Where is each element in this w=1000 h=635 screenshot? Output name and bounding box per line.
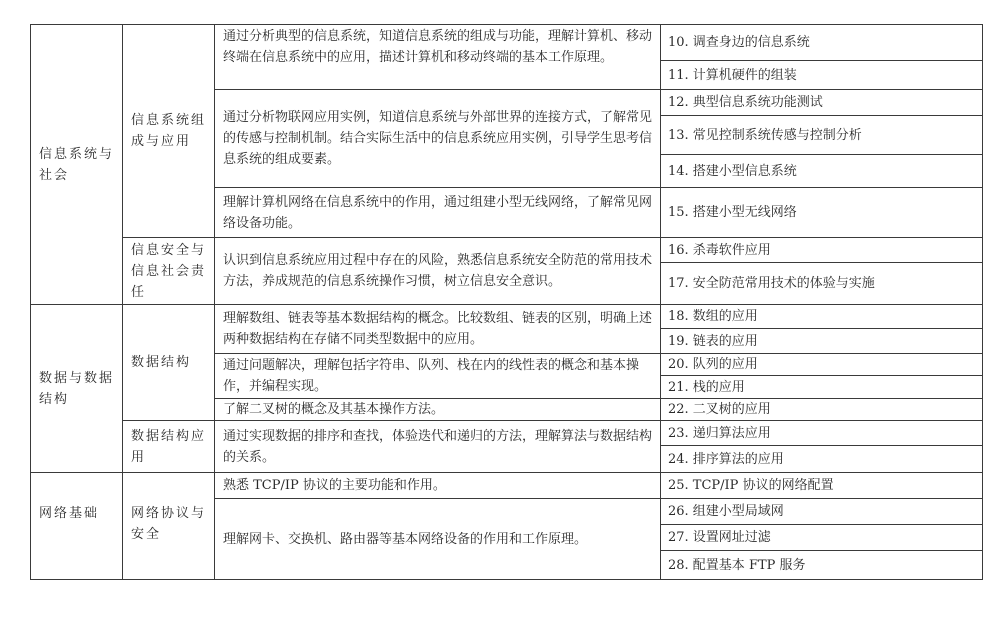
- activity-cell: 25. TCP/IP 协议的网络配置: [660, 472, 983, 499]
- requirement-cell: 理解网卡、交换机、路由器等基本网络设备的作用和工作原理。: [214, 498, 661, 580]
- activity-cell: 24. 排序算法的应用: [660, 445, 983, 473]
- unit-label: 信息系统组成与应用: [131, 110, 206, 152]
- activity-cell: 16. 杀毒软件应用: [660, 237, 983, 263]
- requirement-text: 熟悉 TCP/IP 协议的主要功能和作用。: [223, 475, 446, 496]
- unit-cell: 网络协议与安全: [122, 472, 215, 580]
- activity-label: 11. 计算机硬件的组装: [668, 65, 797, 86]
- requirement-text: 通过实现数据的排序和查找，体验迭代和递归的方法，理解算法与数据结构的关系。: [223, 426, 652, 468]
- activity-cell: 10. 调查身边的信息系统: [660, 24, 983, 61]
- requirement-text: 了解二叉树的概念及其基本操作方法。: [223, 399, 444, 420]
- activity-label: 23. 递归算法应用: [668, 423, 771, 444]
- activity-cell: 15. 搭建小型无线网络: [660, 187, 983, 238]
- module-label: 网络基础: [39, 503, 99, 524]
- activity-cell: 23. 递归算法应用: [660, 420, 983, 446]
- activity-cell: 26. 组建小型局域网: [660, 498, 983, 525]
- activity-label: 22. 二叉树的应用: [668, 399, 771, 420]
- module-cell: 数据与数据结构: [30, 304, 123, 473]
- activity-cell: 28. 配置基本 FTP 服务: [660, 550, 983, 580]
- unit-cell: 信息安全与信息社会责任: [122, 237, 215, 305]
- activity-cell: 12. 典型信息系统功能测试: [660, 89, 983, 116]
- activity-cell: 20. 队列的应用: [660, 353, 983, 376]
- unit-cell: 信息系统组成与应用: [122, 24, 215, 238]
- activity-label: 10. 调查身边的信息系统: [668, 32, 810, 53]
- activity-label: 24. 排序算法的应用: [668, 449, 784, 470]
- requirement-text: 通过分析物联网应用实例，知道信息系统与外部世界的连接方式，了解常见的传感与控制机…: [223, 107, 652, 170]
- requirement-cell: 理解数组、链表等基本数据结构的概念。比较数组、链表的区别，明确上述两种数据结构在…: [214, 304, 661, 354]
- requirement-cell: 理解计算机网络在信息系统中的作用，通过组建小型无线网络，了解常见网络设备功能。: [214, 187, 661, 238]
- requirement-text: 理解计算机网络在信息系统中的作用，通过组建小型无线网络，了解常见网络设备功能。: [223, 192, 652, 234]
- activity-label: 12. 典型信息系统功能测试: [668, 92, 823, 113]
- activity-cell: 14. 搭建小型信息系统: [660, 154, 983, 188]
- activity-label: 19. 链表的应用: [668, 331, 758, 352]
- activity-label: 26. 组建小型局域网: [668, 501, 784, 522]
- unit-cell: 数据结构: [122, 304, 215, 421]
- activity-label: 28. 配置基本 FTP 服务: [668, 555, 806, 576]
- unit-label: 网络协议与安全: [131, 503, 206, 545]
- activity-label: 16. 杀毒软件应用: [668, 240, 771, 261]
- requirement-cell: 认识到信息系统应用过程中存在的风险，熟悉信息系统安全防范的常用技术方法，养成规范…: [214, 237, 661, 305]
- module-cell: 网络基础: [30, 472, 123, 580]
- activity-cell: 13. 常见控制系统传感与控制分析: [660, 115, 983, 155]
- activity-label: 14. 搭建小型信息系统: [668, 161, 797, 182]
- requirement-cell: 通过分析物联网应用实例，知道信息系统与外部世界的连接方式，了解常见的传感与控制机…: [214, 89, 661, 188]
- module-label: 数据与数据结构: [39, 368, 114, 410]
- requirement-text: 通过问题解决，理解包括字符串、队列、栈在内的线性表的概念和基本操作，并编程实现。: [223, 355, 652, 397]
- activity-label: 20. 队列的应用: [668, 354, 758, 375]
- requirement-cell: 通过实现数据的排序和查找，体验迭代和递归的方法，理解算法与数据结构的关系。: [214, 420, 661, 473]
- unit-cell: 数据结构应用: [122, 420, 215, 473]
- requirement-cell: 熟悉 TCP/IP 协议的主要功能和作用。: [214, 472, 661, 499]
- activity-cell: 17. 安全防范常用技术的体验与实施: [660, 262, 983, 305]
- requirement-text: 认识到信息系统应用过程中存在的风险，熟悉信息系统安全防范的常用技术方法，养成规范…: [223, 250, 652, 292]
- activity-label: 25. TCP/IP 协议的网络配置: [668, 475, 834, 496]
- unit-label: 数据结构应用: [131, 426, 206, 468]
- unit-label: 数据结构: [131, 352, 191, 373]
- requirement-cell: 通过分析典型的信息系统，知道信息系统的组成与功能，理解计算机、移动终端在信息系统…: [214, 24, 661, 90]
- curriculum-table: 信息系统与社会 数据与数据结构 网络基础 信息系统组成与应用 信息安全与信息社会…: [30, 24, 983, 580]
- activity-label: 15. 搭建小型无线网络: [668, 202, 797, 223]
- activity-label: 21. 栈的应用: [668, 377, 745, 398]
- unit-label: 信息安全与信息社会责任: [131, 240, 206, 303]
- activity-cell: 19. 链表的应用: [660, 328, 983, 354]
- activity-label: 18. 数组的应用: [668, 306, 758, 327]
- requirement-text: 通过分析典型的信息系统，知道信息系统的组成与功能，理解计算机、移动终端在信息系统…: [223, 26, 652, 68]
- activity-cell: 27. 设置网址过滤: [660, 524, 983, 551]
- activity-cell: 11. 计算机硬件的组装: [660, 60, 983, 90]
- activity-cell: 18. 数组的应用: [660, 304, 983, 329]
- requirement-cell: 了解二叉树的概念及其基本操作方法。: [214, 398, 661, 421]
- module-cell: 信息系统与社会: [30, 24, 123, 305]
- requirement-text: 理解数组、链表等基本数据结构的概念。比较数组、链表的区别，明确上述两种数据结构在…: [223, 308, 652, 350]
- activity-label: 27. 设置网址过滤: [668, 527, 771, 548]
- activity-cell: 21. 栈的应用: [660, 375, 983, 399]
- requirement-text: 理解网卡、交换机、路由器等基本网络设备的作用和工作原理。: [223, 529, 587, 550]
- module-label: 信息系统与社会: [39, 144, 114, 186]
- activity-cell: 22. 二叉树的应用: [660, 398, 983, 421]
- activity-label: 13. 常见控制系统传感与控制分析: [668, 125, 862, 146]
- requirement-cell: 通过问题解决，理解包括字符串、队列、栈在内的线性表的概念和基本操作，并编程实现。: [214, 353, 661, 399]
- activity-label: 17. 安全防范常用技术的体验与实施: [668, 273, 875, 294]
